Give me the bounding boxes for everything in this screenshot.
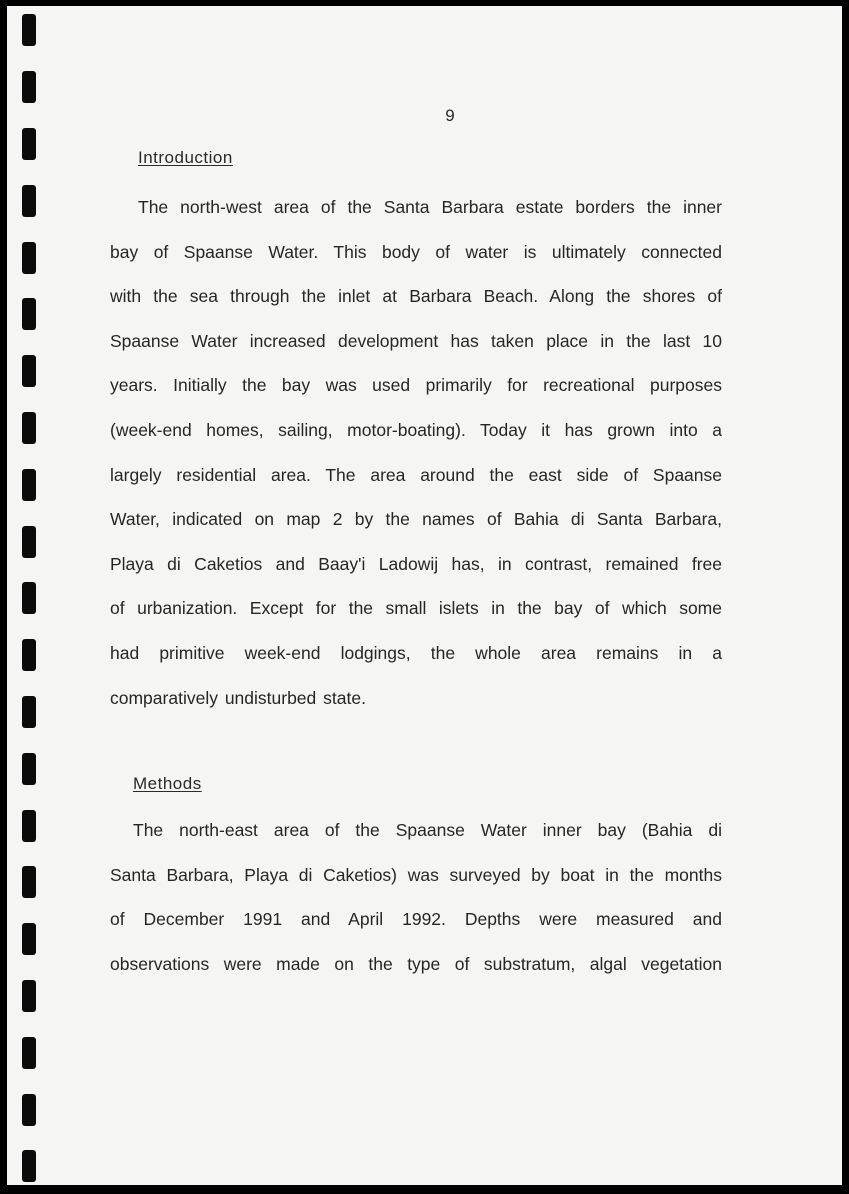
- binding-hole-icon: [22, 980, 36, 1012]
- text-line: had primitive week-end lodgings, the who…: [110, 631, 722, 676]
- text-line: of December 1991 and April 1992. Depths …: [110, 897, 722, 942]
- binding-hole-icon: [22, 866, 36, 898]
- text-line: of urbanization. Except for the small is…: [110, 586, 722, 631]
- binding-hole-icon: [22, 469, 36, 501]
- binding-hole-icon: [22, 696, 36, 728]
- binding-hole-icon: [22, 1150, 36, 1182]
- text-line: years. Initially the bay was used primar…: [110, 363, 722, 408]
- binding-hole-icon: [22, 71, 36, 103]
- text-line: The north-west area of the Santa Barbara…: [110, 185, 722, 230]
- binding-hole-icon: [22, 753, 36, 785]
- binding-hole-icon: [22, 639, 36, 671]
- binding-hole-icon: [22, 923, 36, 955]
- binding-hole-icon: [22, 582, 36, 614]
- binding-hole-icon: [22, 1037, 36, 1069]
- text-line: Spaanse Water increased development has …: [110, 319, 722, 364]
- introduction-heading: Introduction: [138, 148, 233, 168]
- text-line: The north-east area of the Spaanse Water…: [110, 808, 722, 853]
- text-line: observations were made on the type of su…: [110, 942, 722, 987]
- methods-heading: Methods: [133, 774, 202, 794]
- text-line: bay of Spaanse Water. This body of water…: [110, 230, 722, 275]
- binding-hole-icon: [22, 242, 36, 274]
- text-line: largely residential area. The area aroun…: [110, 453, 722, 498]
- text-line: with the sea through the inlet at Barbar…: [110, 274, 722, 319]
- page-number: 9: [440, 106, 460, 126]
- binding-hole-icon: [22, 412, 36, 444]
- methods-paragraph: The north-east area of the Spaanse Water…: [110, 808, 722, 986]
- binding-holes: [0, 0, 60, 1194]
- binding-hole-icon: [22, 526, 36, 558]
- binding-hole-icon: [22, 185, 36, 217]
- binding-hole-icon: [22, 298, 36, 330]
- text-line: Playa di Caketios and Baay'i Ladowij has…: [110, 542, 722, 587]
- text-line: (week-end homes, sailing, motor-boating)…: [110, 408, 722, 453]
- text-line: Water, indicated on map 2 by the names o…: [110, 497, 722, 542]
- binding-hole-icon: [22, 14, 36, 46]
- text-line: comparatively undisturbed state.: [110, 676, 722, 721]
- text-line: Santa Barbara, Playa di Caketios) was su…: [110, 853, 722, 898]
- binding-hole-icon: [22, 810, 36, 842]
- introduction-paragraph: The north-west area of the Santa Barbara…: [110, 185, 722, 720]
- binding-hole-icon: [22, 355, 36, 387]
- binding-hole-icon: [22, 128, 36, 160]
- binding-hole-icon: [22, 1094, 36, 1126]
